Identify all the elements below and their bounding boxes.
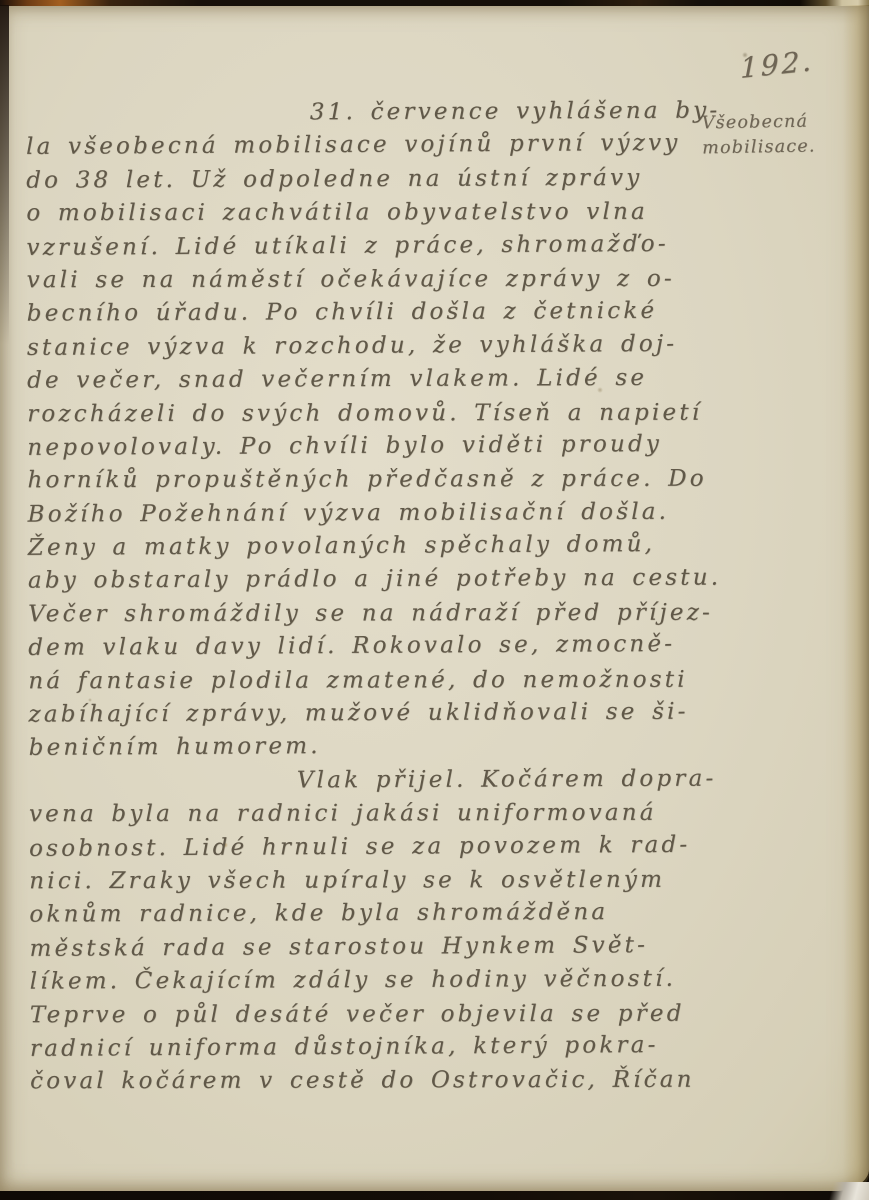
handwritten-line: dem vlaku davy lidí. Rokovalo se, zmocně… — [28, 628, 748, 666]
handwritten-line: stanice výzva k rozchodu, že vyhláška do… — [27, 327, 747, 365]
handwritten-line: de večer, snad večerním vlakem. Lidé se — [27, 362, 747, 399]
handwritten-line: beničním humorem. — [29, 728, 749, 766]
page-corner-lift — [807, 1182, 869, 1200]
handwritten-line: oknům radnice, kde byla shromážděna — [29, 896, 749, 933]
handwritten-line: la všeobecná mobilisace vojínů první výz… — [26, 127, 746, 165]
handwritten-line: rozcházeli do svých domovů. Tíseň a napi… — [27, 396, 747, 431]
handwritten-line: do 38 let. Už odpoledne na ústní zprávy — [26, 161, 746, 198]
chronicle-page-scan: 192. Všeobecná mobilisace. 31. července … — [0, 0, 869, 1200]
book-binding-shadow-left — [0, 5, 9, 345]
handwritten-line: osobnost. Lidé hrnuli se za povozem k ra… — [29, 828, 749, 866]
handwritten-line: vena byla na radnici jakási uniformovaná — [29, 797, 749, 832]
handwritten-line: nepovolovaly. Po chvíli bylo viděti prou… — [27, 427, 747, 465]
handwritten-line: becního úřadu. Po chvíli došla z četnick… — [27, 295, 747, 332]
book-edge-bottom — [0, 1191, 869, 1200]
handwritten-line: o mobilisaci zachvátila obyvatelstvo vln… — [26, 196, 746, 231]
handwritten-text-block: 31. července vyhlášena by- la všeobecná … — [26, 94, 750, 1099]
handwritten-line: líkem. Čekajícím zdály se hodiny věčnost… — [30, 963, 750, 1000]
handwritten-line: Božího Požehnání výzva mobilisační došla… — [28, 495, 748, 532]
handwritten-line: aby obstaraly prádlo a jiné potřeby na c… — [28, 562, 748, 599]
handwritten-line: Teprve o půl desáté večer objevila se př… — [30, 997, 750, 1032]
book-edge-top — [0, 0, 869, 6]
handwritten-line: Vlak přijel. Kočárem dopra- — [29, 762, 749, 799]
handwritten-line: radnicí uniforma důstojníka, který pokra… — [30, 1028, 750, 1066]
handwritten-line: vzrušení. Lidé utíkali z práce, shromažď… — [26, 227, 746, 265]
page-stack-edge-right — [843, 5, 869, 1191]
handwritten-line: Večer shromáždily se na nádraží před pří… — [28, 596, 748, 631]
handwritten-line: ná fantasie plodila zmatené, do nemožnos… — [28, 663, 748, 698]
handwritten-line: zabíhající zprávy, mužové uklidňovali se… — [28, 695, 748, 732]
handwritten-line: čoval kočárem v cestě do Ostrovačic, Říč… — [30, 1064, 750, 1099]
handwritten-line: městská rada se starostou Hynkem Svět- — [29, 928, 749, 966]
handwritten-line: vali se na náměstí očekávajíce zprávy z … — [27, 263, 747, 298]
handwritten-line: horníků propuštěných předčasně z práce. … — [27, 463, 747, 498]
handwritten-line: nici. Zraky všech upíraly se k osvětlený… — [29, 864, 749, 899]
handwritten-line: Ženy a matky povolaných spěchaly domů, — [28, 528, 748, 566]
handwritten-line: 31. července vyhlášena by- — [26, 94, 746, 131]
